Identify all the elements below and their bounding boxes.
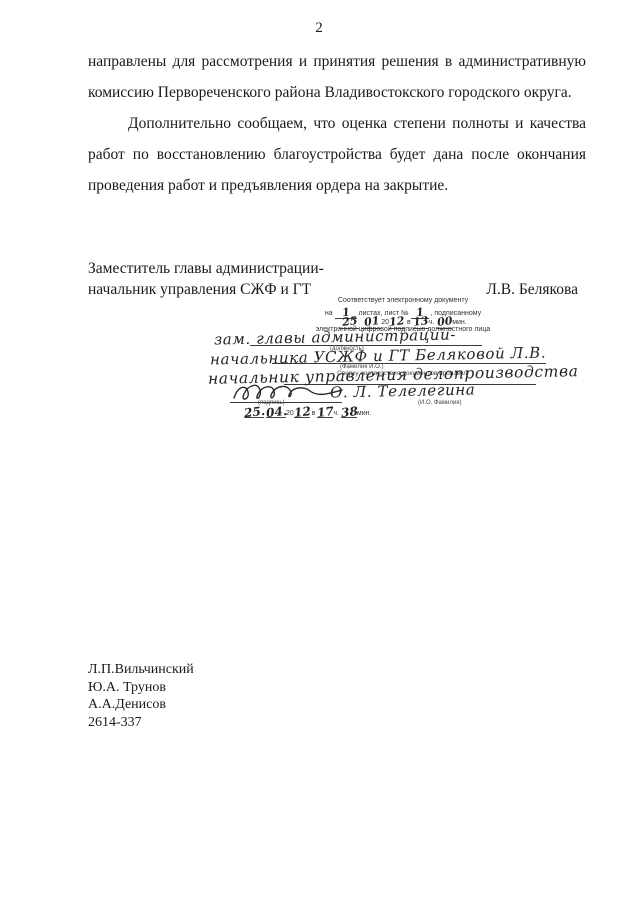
vdate-year-blank: 12 [294, 405, 310, 418]
hw-date-month: 01 [363, 315, 380, 328]
hw-vdate-year: 12 [293, 405, 311, 419]
hw-date-day: 25 [341, 315, 358, 328]
vdate-day-blank: 25. [244, 405, 264, 418]
date-day-blank: 25 [339, 315, 359, 329]
paragraph-additional: Дополнительно сообщаем, что оценка степе… [88, 108, 586, 201]
hw-vdate-minute: 38 [340, 405, 358, 419]
hw-vdate-hour: 17 [317, 405, 335, 419]
paragraph-continuation: направлены для рассмотрения и принятия р… [88, 46, 586, 108]
hw-vdate-month: 04. [265, 405, 287, 419]
signatory-block: Заместитель главы администрации- начальн… [88, 258, 586, 300]
executors-block: Л.П.Вильчинский Ю.А. Трунов А.А.Денисов … [88, 661, 194, 731]
executor-phone: 2614-337 [88, 714, 194, 732]
signature-scribble [228, 380, 346, 406]
label-initials: (И.О. Фамилия) [418, 400, 461, 406]
vdate-at: в [312, 410, 316, 417]
signatory-title-line1: Заместитель главы администрации- [88, 258, 586, 279]
stamp-header: Соответствует электронному документу [290, 296, 516, 306]
executor-name: А.А.Денисов [88, 696, 194, 714]
stamp-verify-date-line: 25. 04.2012 в 17ч. 38мин. [244, 405, 371, 418]
vdate-month-blank: 04. [266, 405, 286, 418]
vdate-minute-label: мин. [357, 410, 372, 417]
document-page: 2 направлены для рассмотрения и принятия… [0, 0, 638, 900]
hw-vdate-day: 25. [243, 405, 265, 419]
executor-name: Ю.А. Трунов [88, 679, 194, 697]
main-text: направлены для рассмотрения и принятия р… [88, 46, 586, 201]
vdate-minute-blank: 38 [341, 405, 357, 418]
stamp-sheets-prefix: на [325, 310, 333, 317]
executor-name: Л.П.Вильчинский [88, 661, 194, 679]
vdate-hour-blank: 17 [317, 405, 333, 418]
electronic-signature-stamp: Соответствует электронному документу на … [212, 296, 594, 444]
page-number: 2 [0, 20, 638, 37]
handwritten-verifier-name: О. Л. Телелегина [330, 382, 476, 400]
